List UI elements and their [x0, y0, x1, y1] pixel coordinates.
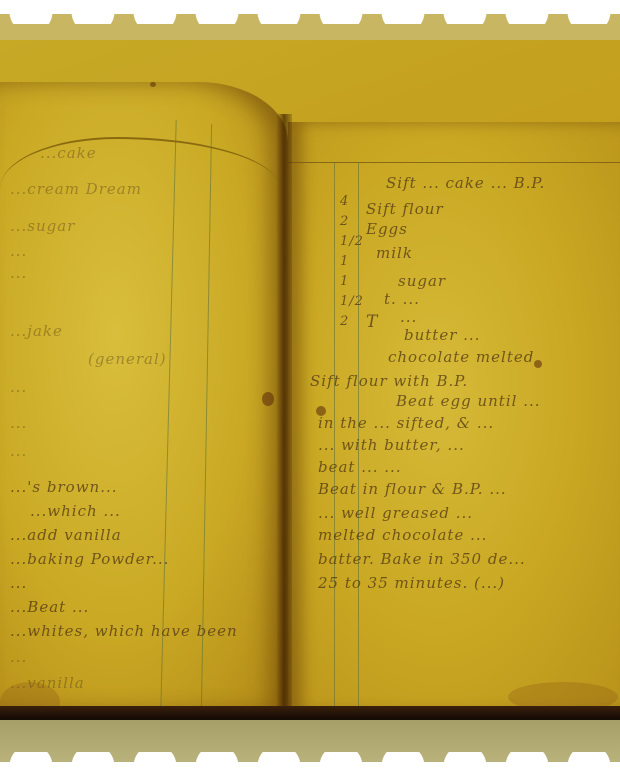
recipe-header: Sift ... cake ... B.P. [386, 174, 545, 192]
handwriting-line: ...'s brown... [10, 478, 118, 496]
handwriting-line: ... [10, 242, 27, 260]
instruction-line: melted chocolate ... [318, 526, 487, 544]
handwriting-line: ... [10, 648, 27, 666]
handwriting-line: ...add vanilla [10, 526, 122, 544]
quantity: 4 [340, 194, 349, 209]
ink-stain [316, 406, 326, 416]
quantity: 1 [340, 254, 349, 269]
handwriting-line: ...cream Dream [10, 180, 142, 198]
instruction-line: Sift flour with B.P. [310, 372, 468, 390]
instruction-line: batter. Bake in 350 de... [318, 550, 526, 568]
instruction-line: in the ... sifted, & ... [318, 414, 494, 432]
instruction-line: ... with butter, ... [318, 436, 465, 454]
ingredient: ... [400, 308, 417, 326]
handwriting-line: ...sugar [10, 217, 75, 235]
handwriting-line: ...which ... [30, 502, 121, 520]
ingredient: Eggs [366, 220, 408, 238]
handwriting-line: ...cake [40, 144, 97, 162]
handwriting-line: ... [10, 264, 27, 282]
handwriting-line: ... [10, 574, 27, 592]
ink-stain [150, 82, 156, 87]
instruction-line: Beat in flour & B.P. ... [318, 480, 507, 498]
deckled-border-bottom [0, 752, 620, 764]
ingredient: chocolate melted [388, 348, 534, 366]
instruction-line: Beat egg until ... [396, 392, 541, 410]
instruction-line: 25 to 35 minutes. (...) [318, 574, 505, 592]
quantity: T [366, 312, 378, 332]
book-gutter [276, 114, 292, 714]
ingredient: t. ... [384, 290, 420, 308]
handwriting-line: ...baking Powder... [10, 550, 169, 568]
instruction-line: ... well greased ... [318, 504, 473, 522]
ink-stain [534, 360, 542, 368]
left-page: ...cake ...cream Dream ...sugar ... ... … [0, 82, 288, 712]
handwriting-line: ...Beat ... [10, 598, 89, 616]
handwriting-line: ...jake [10, 322, 63, 340]
right-page: Sift ... cake ... B.P. 4 2 1/2 1 1 1/2 2… [288, 122, 620, 712]
ingredient: Sift flour [366, 200, 444, 218]
quantity: 2 [340, 314, 349, 329]
handwriting-line: ... [10, 378, 27, 396]
quantity: 1/2 [340, 294, 364, 309]
handwriting-line: ...whites, which have been [10, 622, 238, 640]
handwriting-line: ... [10, 442, 27, 460]
quantity: 2 [340, 214, 349, 229]
instruction-line: beat ... ... [318, 458, 402, 476]
quantity: 1/2 [340, 234, 364, 249]
photo-frame: ...cake ...cream Dream ...sugar ... ... … [0, 14, 620, 762]
ingredient: butter ... [404, 326, 480, 344]
quantity: 1 [340, 274, 349, 289]
header-rule [288, 162, 620, 163]
deckled-border-top [0, 12, 620, 24]
handwriting-line: (general) [88, 350, 167, 368]
handwriting-line: ... [10, 414, 27, 432]
ingredient: milk [376, 244, 413, 262]
ingredient: sugar [398, 272, 446, 290]
ink-stain [262, 392, 274, 406]
